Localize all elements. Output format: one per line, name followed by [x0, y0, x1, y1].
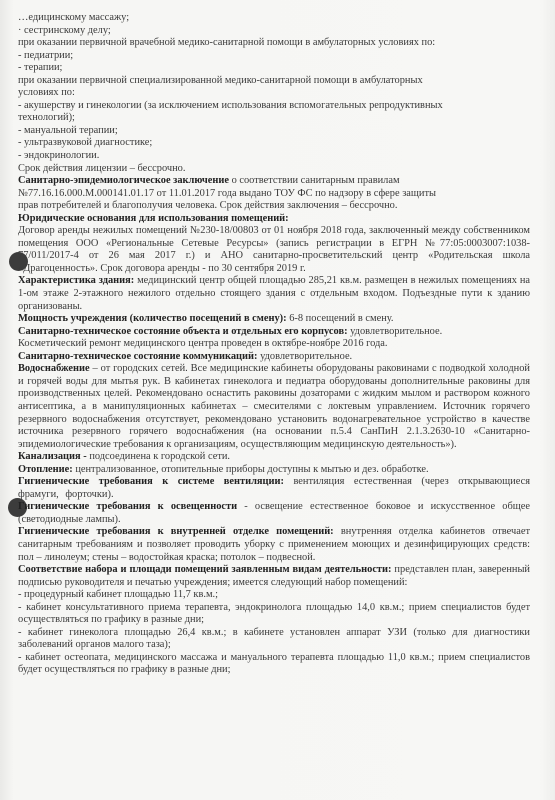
- text-line: · сестринскому делу;: [18, 25, 530, 38]
- section-label: Санитарно-техническое состояние коммуник…: [18, 351, 257, 362]
- section-label: Водоснабжение: [18, 363, 90, 374]
- section-label: Гигиенические требования к внутренней от…: [18, 526, 334, 537]
- section-text: централизованное, отопительные приборы д…: [73, 464, 429, 475]
- text-line: - терапии;: [18, 62, 530, 75]
- section-text: прав потребителей и благополучия человек…: [18, 200, 530, 213]
- repair-note: Косметический ремонт медицинского центра…: [18, 338, 530, 351]
- building-section: Характеристика здания: медицинский центр…: [18, 275, 530, 313]
- section-label: Юридические основания для использования …: [18, 213, 530, 226]
- section-label: Мощность учреждения (количество посещени…: [18, 313, 287, 324]
- text-line: условиях по:: [18, 87, 530, 100]
- section-text: о соответствии санитарным правилам: [229, 175, 400, 186]
- lighting-section: Гигиенические требования к освещенности …: [18, 501, 530, 526]
- legal-basis-section: Юридические основания для использования …: [18, 213, 530, 276]
- text-line: - педиатрии;: [18, 50, 530, 63]
- section-label: Санитарно-техническое состояние объекта …: [18, 326, 348, 337]
- premises-item: - кабинет остеопата, медицинского массаж…: [18, 652, 530, 677]
- object-state-section: Санитарно-техническое состояние объекта …: [18, 326, 530, 339]
- section-label: Санитарно-эпидемиологическое заключение: [18, 175, 229, 186]
- section-label: Соответствие набора и площади помещений …: [18, 564, 392, 575]
- text-line: технологий);: [18, 112, 530, 125]
- text-line: при оказании первичной врачебной медико-…: [18, 37, 530, 50]
- section-text: – от городских сетей. Все медицинские ка…: [18, 363, 530, 449]
- section-text: удовлетворительное.: [348, 326, 443, 337]
- ventilation-section: Гигиенические требования к системе венти…: [18, 476, 530, 501]
- premises-section: Соответствие набора и площади помещений …: [18, 564, 530, 589]
- section-label: Гигиенические требования к системе венти…: [18, 476, 284, 487]
- section-text: подсоединена к городской сети.: [87, 451, 230, 462]
- sanitary-conclusion-section: Санитарно-эпидемиологическое заключение …: [18, 175, 530, 213]
- premises-item: - процедурный кабинет площадью 11,7 кв.м…: [18, 589, 530, 602]
- communications-section: Санитарно-техническое состояние коммуник…: [18, 351, 530, 364]
- license-term: Срок действия лицензии – бессрочно.: [18, 163, 530, 176]
- section-label: Отопление:: [18, 464, 73, 475]
- scanned-page: …едицинскому массажу; · сестринскому дел…: [0, 0, 555, 800]
- section-text: Договор аренды нежилых помещений №230-18…: [18, 225, 530, 275]
- interior-section: Гигиенические требования к внутренней от…: [18, 526, 530, 564]
- section-text: 6-8 посещений в смену.: [287, 313, 394, 324]
- section-text: №77.16.16.000.М.000141.01.17 от 11.01.20…: [18, 188, 530, 201]
- text-line: - мануальной терапии;: [18, 125, 530, 138]
- document-body: …едицинскому массажу; · сестринскому дел…: [18, 12, 530, 677]
- text-line: - ультразвуковой диагностике;: [18, 137, 530, 150]
- premises-item: - кабинет гинеколога площадью 26,4 кв.м.…: [18, 627, 530, 652]
- section-text: удовлетворительное.: [257, 351, 352, 362]
- water-supply-section: Водоснабжение – от городских сетей. Все …: [18, 363, 530, 451]
- text-line: - эндокринологии.: [18, 150, 530, 163]
- text-line: …едицинскому массажу;: [18, 12, 530, 25]
- capacity-section: Мощность учреждения (количество посещени…: [18, 313, 530, 326]
- section-label: Гигиенические требования к освещенности: [18, 501, 237, 512]
- premises-item: - кабинет консультативного приема терапе…: [18, 602, 530, 627]
- text-line: - акушерству и гинекологии (за исключени…: [18, 100, 530, 113]
- section-label: Канализация -: [18, 451, 87, 462]
- heating-section: Отопление: централизованное, отопительны…: [18, 464, 530, 477]
- sewerage-section: Канализация - подсоединена к городской с…: [18, 451, 530, 464]
- text-line: при оказании первичной специализированно…: [18, 75, 530, 88]
- section-label: Характеристика здания:: [18, 275, 134, 286]
